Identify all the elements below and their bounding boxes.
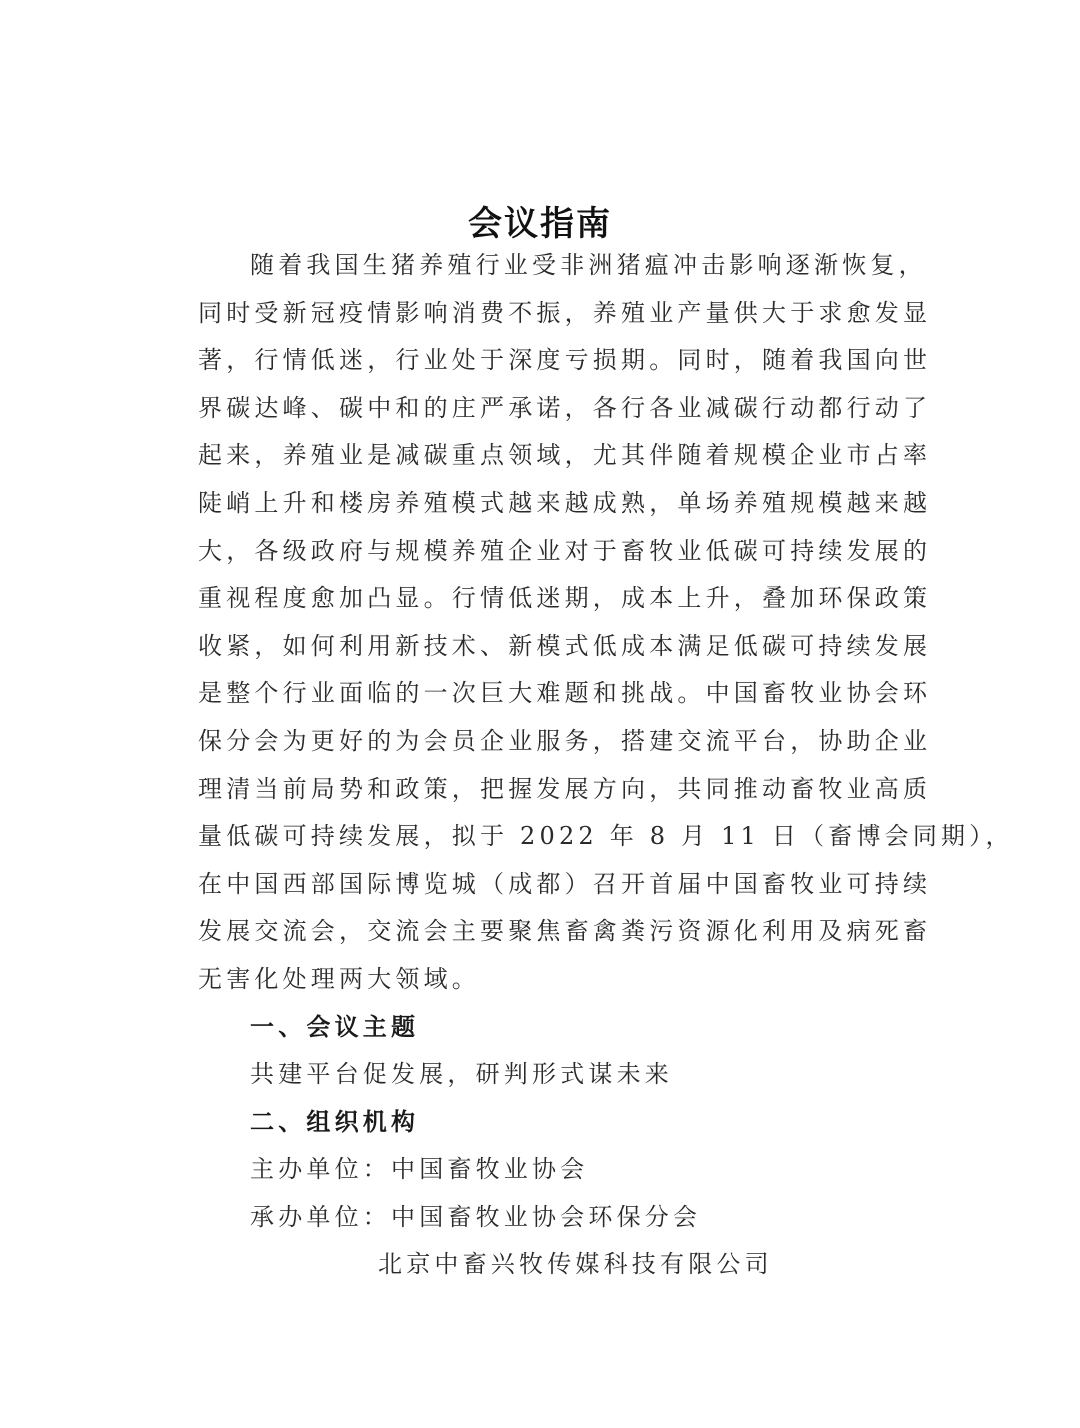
document-page: 会议指南 随着我国生猪养殖行业受非洲猪瘟冲击影响逐渐恢复， 同时受新冠疫情影响消…: [0, 0, 1080, 1428]
intro-line: 起来，养殖业是减碳重点领域，尤其伴随着规模企业市占率: [198, 432, 878, 480]
intro-line: 收紧，如何利用新技术、新模式低成本满足低碳可持续发展: [198, 623, 878, 671]
intro-line: 陡峭上升和楼房养殖模式越来越成熟，单场养殖规模越来越: [198, 480, 878, 528]
document-body: 随着我国生猪养殖行业受非洲猪瘟冲击影响逐渐恢复， 同时受新冠疫情影响消费不振，养…: [198, 242, 878, 1289]
intro-line: 量低碳可持续发展，拟于 2022 年 8 月 11 日（畜博会同期），: [198, 813, 878, 861]
section-heading-theme: 一、会议主题: [198, 1004, 878, 1052]
document-title: 会议指南: [0, 196, 1080, 245]
organizer-unit: 承办单位：中国畜牧业协会环保分会: [198, 1194, 878, 1242]
co-organizer-unit: 北京中畜兴牧传媒科技有限公司: [198, 1241, 878, 1289]
intro-line: 保分会为更好的为会员企业服务，搭建交流平台，协助企业: [198, 718, 878, 766]
intro-line: 在中国西部国际博览城（成都）召开首届中国畜牧业可持续: [198, 861, 878, 909]
section-content-theme: 共建平台促发展，研判形式谋未来: [198, 1051, 878, 1099]
intro-line: 理清当前局势和政策，把握发展方向，共同推动畜牧业高质: [198, 766, 878, 814]
intro-line: 界碳达峰、碳中和的庄严承诺，各行各业减碳行动都行动了: [198, 385, 878, 433]
intro-line: 著，行情低迷，行业处于深度亏损期。同时，随着我国向世: [198, 337, 878, 385]
intro-line: 是整个行业面临的一次巨大难题和挑战。中国畜牧业协会环: [198, 670, 878, 718]
intro-line: 同时受新冠疫情影响消费不振，养殖业产量供大于求愈发显: [198, 290, 878, 338]
intro-line: 发展交流会，交流会主要聚焦畜禽粪污资源化利用及病死畜: [198, 908, 878, 956]
intro-line: 大，各级政府与规模养殖企业对于畜牧业低碳可持续发展的: [198, 528, 878, 576]
intro-line: 无害化处理两大领域。: [198, 956, 878, 1004]
section-heading-organization: 二、组织机构: [198, 1099, 878, 1147]
intro-line: 随着我国生猪养殖行业受非洲猪瘟冲击影响逐渐恢复，: [198, 242, 878, 290]
host-unit: 主办单位：中国畜牧业协会: [198, 1146, 878, 1194]
intro-line: 重视程度愈加凸显。行情低迷期，成本上升，叠加环保政策: [198, 575, 878, 623]
